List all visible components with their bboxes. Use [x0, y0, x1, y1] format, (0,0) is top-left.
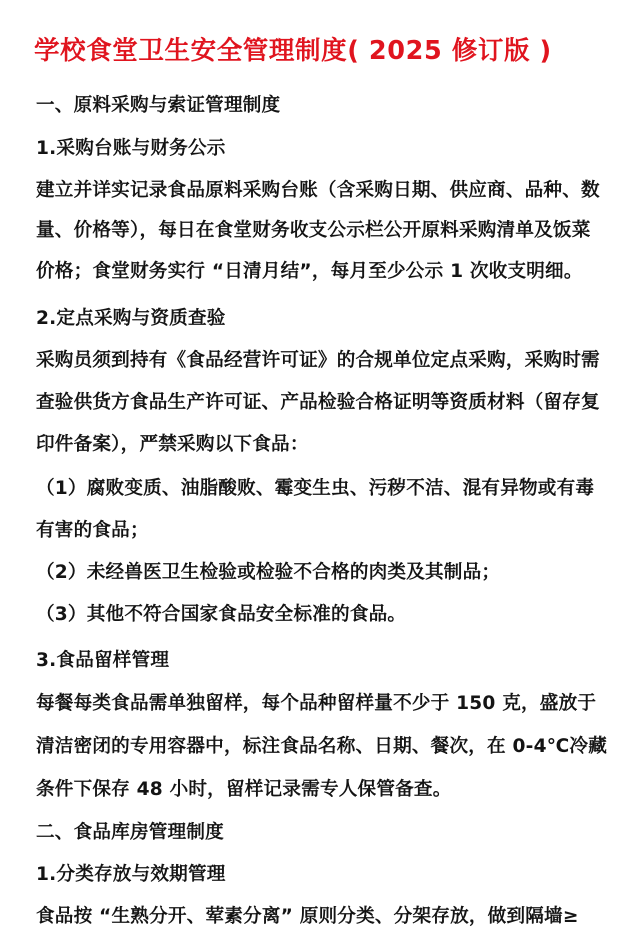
- paragraph-line: 价格；食堂财务实行 “日清月结”，每月至少公示 1 次收支明细。: [36, 257, 583, 283]
- section-heading-2: 二、食品库房管理制度: [36, 818, 224, 844]
- paragraph-line: 食品按 “生熟分开、荤素分离” 原则分类、分架存放，做到隔墙≥: [36, 902, 579, 928]
- section-heading-1: 一、原料采购与索证管理制度: [36, 91, 280, 117]
- list-item-3: （3）其他不符合国家食品安全标准的食品。: [36, 600, 406, 626]
- paragraph-line: 条件下保存 48 小时，留样记录需专人保管备查。: [36, 775, 452, 801]
- paragraph-line: 采购员须到持有《食品经营许可证》的合规单位定点采购，采购时需: [36, 346, 600, 372]
- list-item-2: （2）未经兽医卫生检验或检验不合格的肉类及其制品；: [36, 558, 500, 584]
- paragraph-line: 查验供货方食品生产许可证、产品检验合格证明等资质材料（留存复: [36, 388, 600, 414]
- subsection-heading-1-1: 1.采购台账与财务公示: [36, 134, 226, 160]
- subsection-heading-1-2: 2.定点采购与资质查验: [36, 304, 226, 330]
- paragraph-line: 量、价格等），每日在食堂财务收支公示栏公开原料采购清单及饭菜: [36, 216, 591, 242]
- document-title: 学校食堂卫生安全管理制度( 2025 修订版 ): [34, 31, 552, 67]
- list-item-1-continued: 有害的食品；: [36, 516, 149, 542]
- subsection-heading-1-3: 3.食品留样管理: [36, 646, 169, 672]
- paragraph-line: 印件备案），严禁采购以下食品：: [36, 430, 309, 456]
- paragraph-line: 每餐每类食品需单独留样，每个品种留样量不少于 150 克，盛放于: [36, 689, 596, 715]
- list-item-1: （1）腐败变质、油脂酸败、霉变生虫、污秽不洁、混有异物或有毒: [36, 474, 594, 500]
- subsection-heading-2-1: 1.分类存放与效期管理: [36, 860, 226, 886]
- paragraph-line: 清洁密闭的专用容器中，标注食品名称、日期、餐次，在 0-4℃冷藏: [36, 732, 607, 758]
- paragraph-line: 建立并详实记录食品原料采购台账（含采购日期、供应商、品种、数: [36, 176, 600, 202]
